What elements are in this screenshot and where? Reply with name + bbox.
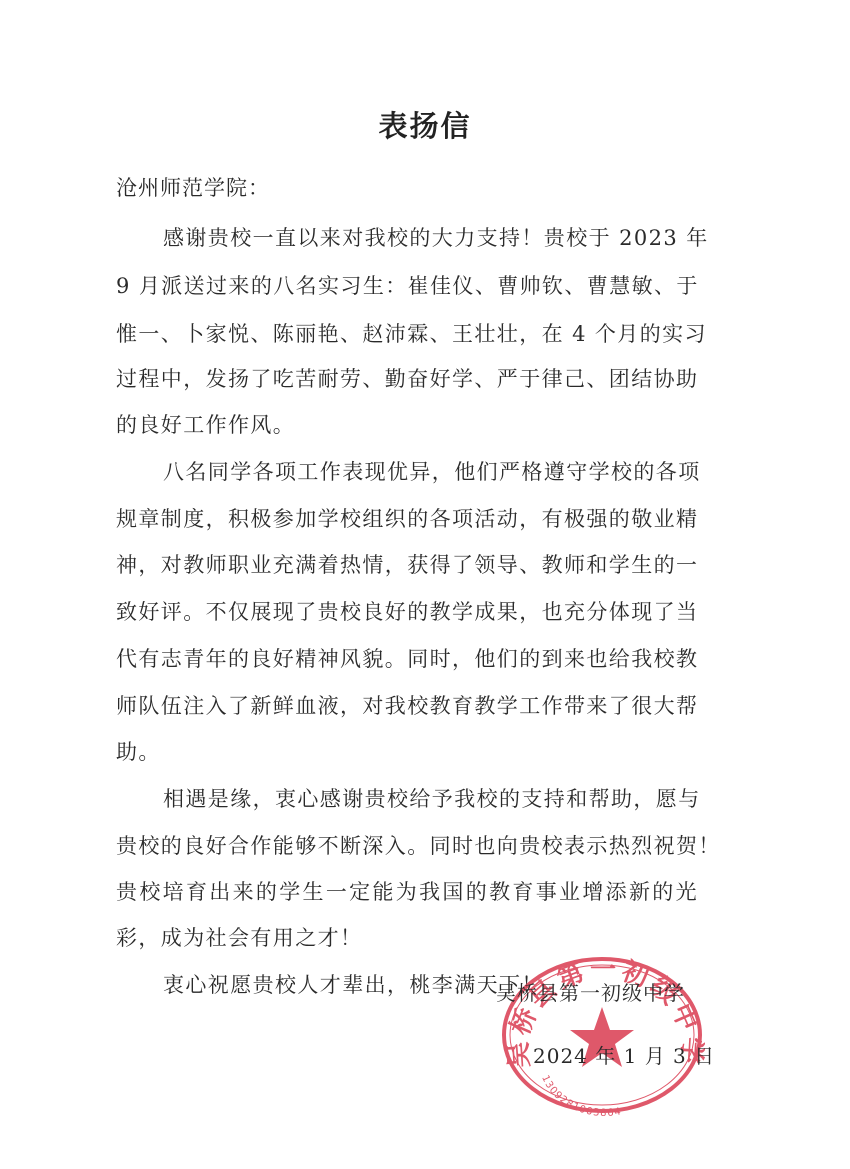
svg-text:1309281003864: 1309281003864 [539, 1074, 623, 1119]
paragraph-2-line-1: 八名同学各项工作表现优异，他们严格遵守学校的各项 [163, 456, 698, 486]
paragraph-2-line-3: 神，对教师职业充满着热情，获得了领导、教师和学生的一 [116, 549, 698, 579]
paragraph-3-line-2: 贵校的良好合作能够不断深入。同时也向贵校表示热烈祝贺！ [116, 830, 698, 860]
paragraph-1-line-5: 的良好工作作风。 [116, 409, 698, 439]
letter-page: 表扬信 沧州师范学院： 感谢贵校一直以来对我校的大力支持！贵校于 2023 年 … [0, 0, 850, 1169]
paragraph-1-line-3: 惟一、卜家悦、陈丽艳、赵沛霖、王壮壮，在 4 个月的实习 [116, 318, 698, 348]
paragraph-1-line-1: 感谢贵校一直以来对我校的大力支持！贵校于 2023 年 [163, 222, 698, 252]
paragraph-2-line-2: 规章制度，积极参加学校组织的各项活动，有极强的敬业精 [116, 503, 698, 533]
salutation: 沧州师范学院： [116, 172, 270, 202]
paragraph-3-line-3: 贵校培育出来的学生一定能为我国的教育事业增添新的光 [116, 876, 698, 906]
paragraph-2-line-7: 助。 [116, 736, 698, 766]
paragraph-3-line-1: 相遇是缘，衷心感谢贵校给予我校的支持和帮助，愿与 [163, 783, 698, 813]
paragraph-4-line-1: 衷心祝愿贵校人才辈出，桃李满天下！ [163, 969, 523, 999]
signature-school: 吴桥县第一初级中学 [496, 977, 685, 1006]
paragraph-2-line-4: 致好评。不仅展现了贵校良好的教学成果，也充分体现了当 [116, 596, 698, 626]
signature-date: 2024 年 1 月 3 日 [533, 1040, 715, 1069]
paragraph-3-line-4: 彩，成为社会有用之才！ [116, 922, 698, 952]
paragraph-2-line-6: 师队伍注入了新鲜血液，对我校教育教学工作带来了很大帮 [116, 690, 698, 720]
paragraph-1-line-4: 过程中，发扬了吃苦耐劳、勤奋好学、严于律己、团结协助 [116, 363, 698, 393]
paragraph-2-line-5: 代有志青年的良好精神风貌。同时，他们的到来也给我校教 [116, 643, 698, 673]
paragraph-1-line-2: 9 月派送过来的八名实习生：崔佳仪、曹帅钦、曹慧敏、于 [116, 270, 698, 300]
letter-title: 表扬信 [0, 104, 850, 145]
seal-code: 1309281003864 [539, 1074, 623, 1119]
